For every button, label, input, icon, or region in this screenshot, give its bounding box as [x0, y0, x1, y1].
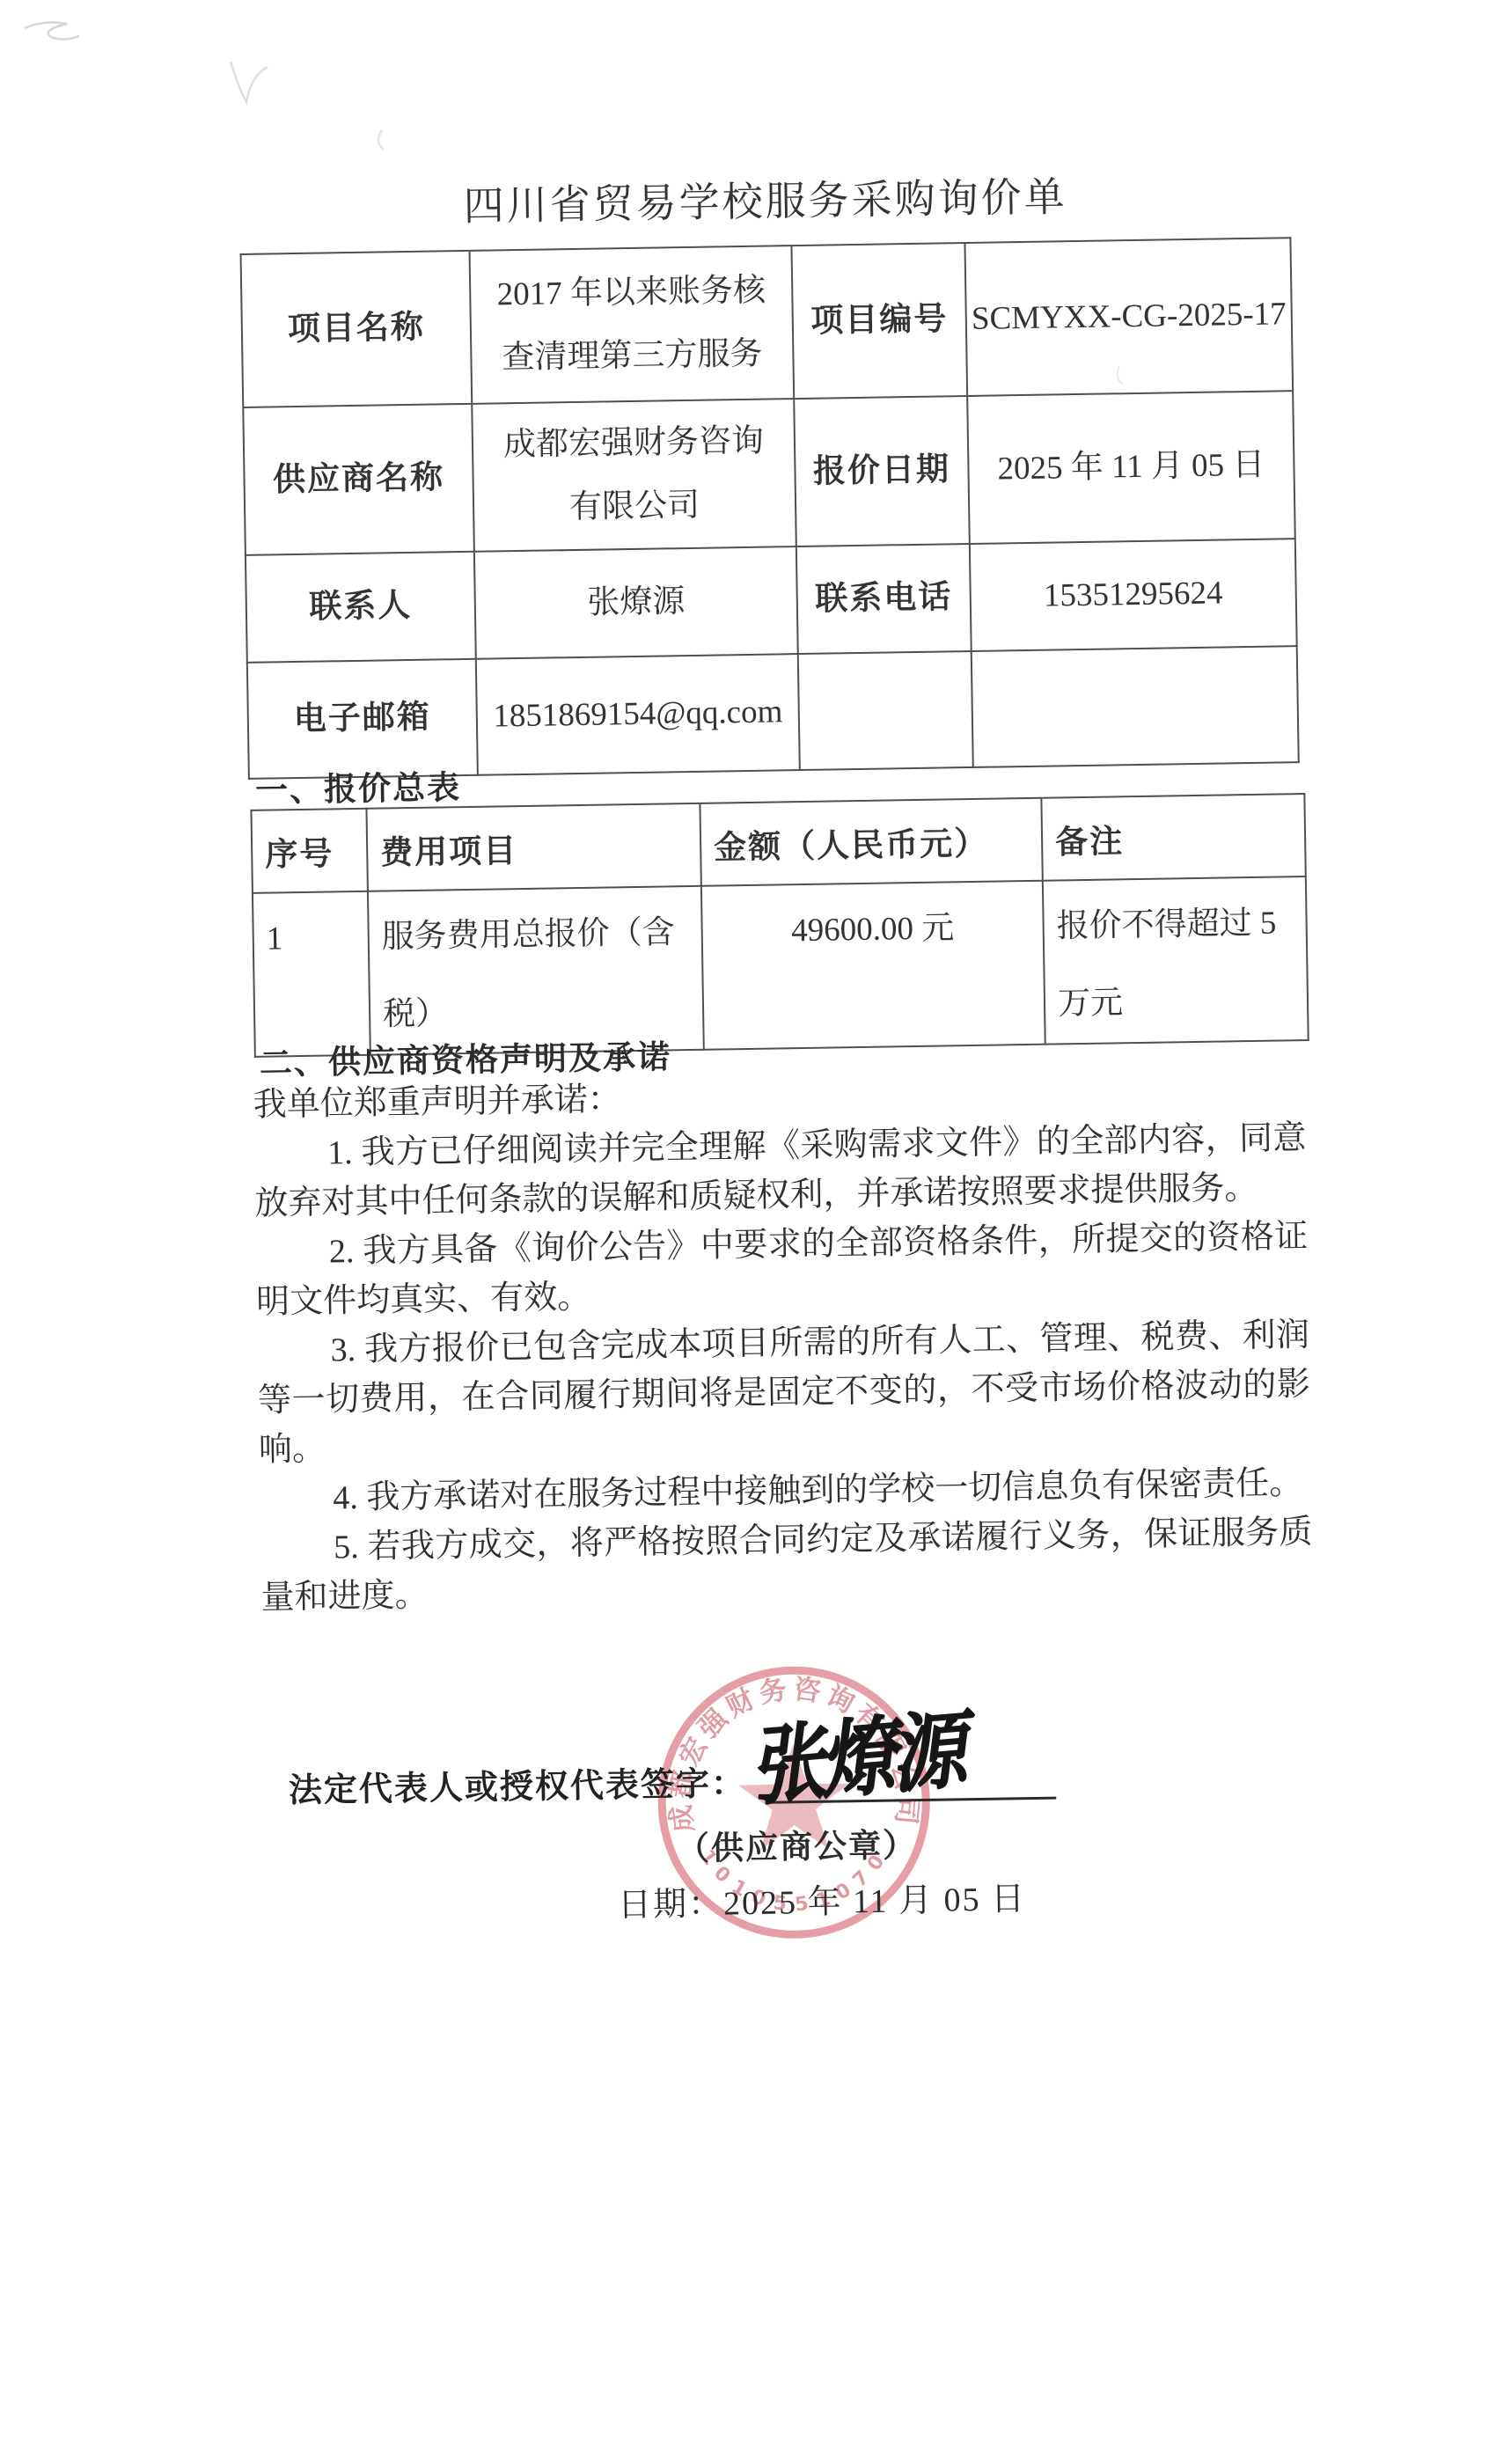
declaration-body: 我单位郑重声明并承诺： 1. 我方已仔细阅读并完全理解《采购需求文件》的全部内容… [253, 1064, 1314, 1623]
table-row: 项目名称 2017 年以来账务核查清理第三方服务 项目编号 SCMYXX-CG-… [241, 238, 1294, 407]
quote-section-heading: 一、报价总表 [255, 760, 462, 811]
supplier-name-value: 成都宏强财务咨询有限公司 [472, 399, 796, 552]
project-name-value: 2017 年以来账务核查清理第三方服务 [470, 246, 795, 404]
contact-phone-value: 15351295624 [970, 539, 1297, 651]
fee-remark: 报价不得超过 5 万元 [1043, 876, 1309, 1045]
project-code-label: 项目编号 [791, 243, 967, 399]
supplier-name-label: 供应商名称 [243, 404, 474, 555]
document-sheet: 四川省贸易学校服务采购询价单 项目名称 2017 年以来账务核查清理第三方服务 … [236, 0, 1324, 2288]
row-index: 1 [253, 891, 370, 1057]
empty-cell [972, 646, 1299, 767]
project-code-value: SCMYXX-CG-2025-17 [964, 238, 1293, 396]
declaration-item-2: 2. 我方具备《询价公告》中要求的全部资格条件，所提交的资格证明文件均真实、有效… [255, 1212, 1309, 1327]
empty-cell [798, 651, 973, 770]
date-line: 日期：2025 年 11 月 05 日 [618, 1871, 1027, 1925]
document-title: 四川省贸易学校服务采购询价单 [238, 161, 1292, 236]
declaration-item-3: 3. 我方报价已包含完成本项目所需的所有人工、管理、税费、利润等一切费用，在合同… [257, 1310, 1311, 1475]
project-name-label: 项目名称 [241, 251, 473, 407]
declaration-item-1: 1. 我方已仔细阅读并完全理解《采购需求文件》的全部内容，同意放弃对其中任何条款… [253, 1113, 1308, 1228]
table-row: 1 服务费用总报价（含税） 49600.00 元 报价不得超过 5 万元 [253, 876, 1309, 1057]
contact-person-label: 联系人 [246, 552, 476, 663]
signature-label: 法定代表人或授权代表签字： [288, 1756, 746, 1811]
stamp-caption: （供应商公章） [677, 1818, 918, 1869]
declaration-item-5: 5. 若我方成交，将严格按照合同约定及承诺履行义务，保证服务质量和进度。 [260, 1507, 1314, 1623]
quote-date-label: 报价日期 [794, 396, 970, 546]
email-value: 1851869154@qq.com [476, 654, 800, 775]
col-header-item: 费用项目 [366, 803, 700, 891]
table-row: 电子邮箱 1851869154@qq.com [247, 646, 1299, 779]
supplier-name-text: 成都宏强财务咨询有限公司 [491, 409, 776, 540]
table-row: 供应商名称 成都宏强财务咨询有限公司 报价日期 2025 年 11 月 05 日 [243, 391, 1294, 555]
col-header-amount: 金额（人民币元） [700, 798, 1042, 886]
table-row: 联系人 张燎源 联系电话 15351295624 [246, 539, 1297, 663]
project-info-table: 项目名称 2017 年以来账务核查清理第三方服务 项目编号 SCMYXX-CG-… [240, 237, 1300, 780]
col-header-index: 序号 [251, 809, 367, 893]
quote-date-value: 2025 年 11 月 05 日 [967, 391, 1295, 544]
project-name-text: 2017 年以来账务核查清理第三方服务 [489, 259, 774, 390]
contact-phone-label: 联系电话 [796, 544, 972, 654]
col-header-remark: 备注 [1041, 794, 1305, 881]
quotation-table: 序号 费用项目 金额（人民币元） 备注 1 服务费用总报价（含税） 49600.… [250, 793, 1309, 1058]
contact-person-value: 张燎源 [474, 546, 798, 659]
fee-amount: 49600.00 元 [701, 881, 1045, 1050]
